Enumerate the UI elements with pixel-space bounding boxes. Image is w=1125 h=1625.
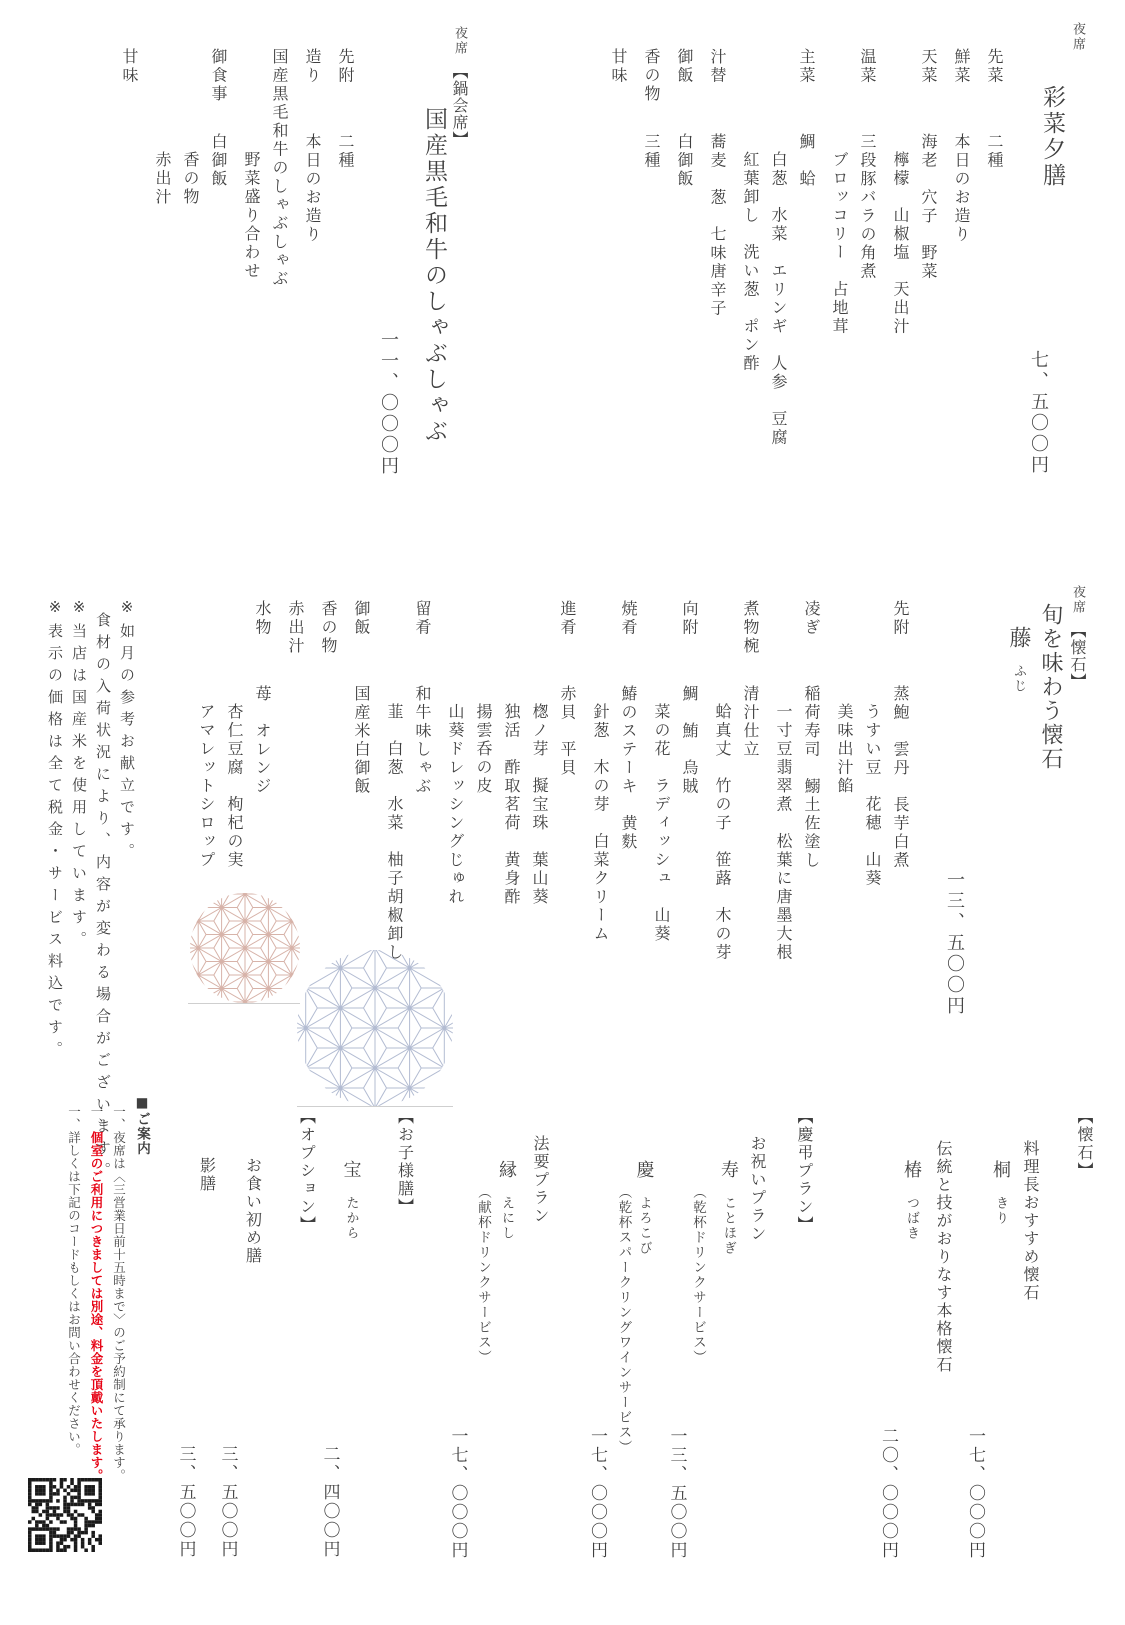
name-kana: ふじ [1012,664,1025,694]
course-items: 本日のお造り [952,133,971,244]
course-items: 野菜盛り合わせ [242,151,261,281]
course-items: 和牛味しゃぶ [413,685,432,796]
plan-name: 椿つばき [902,1108,920,1568]
name-kanji: 桐 [990,1160,1011,1180]
keicho-plans-header: 【慶弔プラン】 [796,1108,812,1568]
options-header: 【オプション】 [299,1108,315,1568]
menu-line: 独活 酢取茗荷 黄身酢 [503,600,519,1070]
course-label: 温菜 [859,48,875,133]
plan-price: 一七、〇〇〇円 [588,1108,605,1568]
menu-line: 向附鯛 鮪 烏賊 [681,600,697,1070]
course-items: 国産黒毛和牛のしゃぶしゃぶ [270,48,289,289]
kaiseki-plans-header: 【懐石】 [1076,1108,1092,1568]
course-items: 美味出汁餡 [835,703,854,796]
course-items: 海老 穴子 野菜 [919,133,938,281]
menu-line: 菜の花 ラディッシュ 山葵 [653,600,669,1070]
menu-line: 進肴赤貝 平貝 [559,600,575,1070]
course-items: 韮 白葱 水菜 柚子胡椒卸し [385,703,404,962]
name-kanji: 慶 [634,1160,655,1180]
name-kana: きり [994,1196,1007,1226]
note-text: ※如月の参考お献立です。 [118,598,136,865]
menu-price: 一一、〇〇〇円 [379,330,397,500]
guide-text: 夜席は〈三営業日前十五時まで〉のご予約制にて承ります。 [112,1131,127,1482]
guide-text: 詳しくは下記のコードもしくはお問い合わせください。 [67,1131,82,1456]
course-label: 煮物椀 [742,600,758,685]
guide-prefix: 一、 [112,1105,127,1131]
session-text: 夜席 [1070,585,1085,615]
course-items: 二種 [336,133,355,170]
plan-note: （献杯ドリンクサービス） [476,1108,490,1568]
fuji-courses: 先附蒸鮑 雲丹 長芋白煮 うすい豆 花穂 山葵 美味出汁餡 凌ぎ稲荷寿司 鰯土佐… [198,600,908,1070]
course-items: 揚雲呑の皮 [474,703,493,796]
course-items: 三種 [642,133,661,170]
session-label: 夜席【鍋会席】 [451,26,467,456]
plan-price: 一七、〇〇〇円 [966,1108,983,1568]
course-label: 御飯 [353,600,369,685]
plan-note: （乾杯スパークリングワインサービス） [616,1108,630,1568]
menu-line: 山葵ドレッシングじゅれ [447,600,463,1070]
yuzen-courses: 先菜二種 鮮菜本日のお造り 天菜海老 穴子 野菜 檸檬 山椒塩 天出汁 温菜三段… [610,48,1002,478]
menu-line: 針葱 木の芽 白菜クリーム [592,600,608,1070]
menu-line: 主菜鯛 蛤 [798,48,814,478]
course-items: 本日のお造り [303,133,322,244]
fuji-price-block: 一三、五〇〇円 [945,870,963,1040]
course-items: 三段豚バラの角煮 [858,133,877,281]
plan-desc: 料理長おすすめ懐石 [1022,1108,1038,1568]
guide-prefix: 一、 [67,1105,82,1131]
course-items: ブロッコリー 占地茸 [830,151,849,336]
course-items: 白御飯 [209,133,228,189]
menu-line: 天菜海老 穴子 野菜 [920,48,936,478]
plan-price: 二〇、〇〇〇円 [879,1108,896,1568]
plan-group-title: お祝いプラン [749,1108,765,1568]
yuzen-price-block: 七、五〇〇円 [1029,350,1047,510]
name-kanji: 椿 [901,1160,922,1180]
nabe-header: 夜席【鍋会席】 国産黒毛和牛のしゃぶしゃぶ [422,26,467,456]
guide-prefix: 一、 [89,1105,104,1131]
menu-line: 揚雲呑の皮 [475,600,491,1070]
course-items: アマレットシロップ [197,703,216,870]
session-label: 夜席【懐石】 [1069,585,1085,885]
course-label: 甘味 [610,48,626,133]
menu-line: 国産黒毛和牛のしゃぶしゃぶ [271,48,287,478]
fuji-header: 夜席【懐石】 旬を味わう懐石 藤ふじ [1007,585,1085,885]
note-line: ※表示の価格は全て税金・サービス料込です。 [47,598,62,1198]
menu-line: 温菜三段豚バラの角煮 [859,48,875,478]
menu-name: 藤ふじ [1007,585,1029,885]
plan-desc: 伝統と技がおりなす本格懐石 [935,1108,951,1568]
plan-name: 寿ことほぎ [719,1108,737,1568]
name-kana: ことほぎ [722,1196,735,1256]
course-items: 紅葉卸し 洗い葱 ポン酢 [741,151,760,373]
guide-text-red: 個室のご利用につきましては別途、料金を頂戴いたします。 [89,1131,104,1482]
category-label: 【懐石】 [1069,622,1085,690]
plan-name: 宝たから [342,1108,360,1568]
menu-line: 水物苺 オレンジ [254,600,270,1070]
name-kana: たから [345,1196,358,1241]
menu-line: 焼肴鰆のステーキ 黄麩 [620,600,636,1070]
plan-name: 縁えにし [497,1108,515,1568]
course-label: 御食事 [210,48,226,133]
course-label: 汁替 [709,48,725,133]
menu-line: 美味出汁餡 [836,600,852,1070]
option-name: 影膳 [199,1108,215,1568]
menu-title: 彩菜夕膳 [1040,22,1063,322]
menu-line: 韮 白葱 水菜 柚子胡椒卸し [386,600,402,1070]
menu-line: 造り本日のお造り [304,48,320,478]
menu-line: 先菜二種 [986,48,1002,478]
menu-price: 一三、五〇〇円 [945,870,963,1040]
menu-line: 汁替蕎麦 葱 七味唐辛子 [709,48,725,478]
course-label: 御飯 [676,48,692,133]
menu-title: 旬を味わう懐石 [1039,585,1061,885]
session-label: 夜席 [1069,22,1085,322]
menu-line: 檸檬 山椒塩 天出汁 [892,48,908,478]
course-label: 進肴 [559,600,575,685]
course-items: 二種 [985,133,1004,170]
course-label: 凌ぎ [803,600,819,685]
menu-line: ブロッコリー 占地茸 [831,48,847,478]
menu-line: 香の物 [320,600,336,1070]
menu-line: 一寸豆翡翠煮 松葉に唐墨大根 [775,600,791,1070]
course-label: 水物 [254,600,270,685]
course-items: うすい豆 花穂 山葵 [863,703,882,888]
menu-line: 先附蒸鮑 雲丹 長芋白煮 [892,600,908,1070]
course-items: 鯛 蛤 [797,133,816,189]
nabe-courses: 先附二種 造り本日のお造り 国産黒毛和牛のしゃぶしゃぶ 野菜盛り合わせ 御食事白… [121,48,353,478]
menu-page: 夜席 彩菜夕膳 七、五〇〇円 先菜二種 鮮菜本日のお造り 天菜海老 穴子 野菜 … [0,0,1125,1625]
course-items: 蒸鮑 雲丹 長芋白煮 [891,685,910,870]
menu-line: 甘味 [121,48,137,478]
menu-line: 甘味 [610,48,626,478]
menu-line: 白葱 水菜 エリンギ 人参 豆腐 [770,48,786,478]
plan-name: 慶よろこび [635,1108,653,1568]
menu-title: 国産黒毛和牛のしゃぶしゃぶ [422,26,445,456]
plan-price: 二、四〇〇円 [321,1108,338,1568]
course-label: 先附 [892,600,908,685]
menu-line: 煮物椀清汁仕立 [742,600,758,1070]
course-items: 鰆のステーキ 黄麩 [619,685,638,852]
menu-line: 楤ノ芽 擬宝珠 葉山葵 [531,600,547,1070]
menu-line: 御飯国産米白御飯 [353,600,369,1070]
session-text: 夜席 [452,26,467,56]
course-label: 焼肴 [620,600,636,685]
course-label: 香の物 [643,48,659,133]
menu-price: 七、五〇〇円 [1029,350,1047,510]
course-items: 一寸豆翡翠煮 松葉に唐墨大根 [774,703,793,962]
course-label: 留肴 [414,600,430,685]
option-name: お食い初め膳 [245,1108,261,1568]
option-price: 三、五〇〇円 [219,1108,236,1568]
guide-header: ■ご案内 [135,1093,149,1573]
plan-price: 一七、〇〇〇円 [449,1108,466,1568]
menu-line: 御飯白御飯 [676,48,692,478]
course-label: 主菜 [798,48,814,133]
course-label: 天菜 [920,48,936,133]
course-items: 赤出汁 [153,151,172,207]
course-label: 甘味 [121,48,137,133]
course-label: 先菜 [986,48,1002,133]
course-items: 杏仁豆腐 枸杞の実 [225,703,244,870]
course-items: 蛤真丈 竹の子 笹蕗 木の芽 [713,703,732,962]
menu-line: 鮮菜本日のお造り [953,48,969,478]
yuzen-header: 夜席 彩菜夕膳 [1040,22,1085,322]
course-items: 国産米白御飯 [352,685,371,796]
menu-line: 野菜盛り合わせ [243,48,259,478]
option-price: 三、五〇〇円 [177,1108,194,1568]
plans-section: 【懐石】 料理長おすすめ懐石 桐きり 一七、〇〇〇円 伝統と技がおりなす本格懐石… [177,1108,1093,1568]
course-items: 針葱 木の芽 白菜クリーム [591,703,610,944]
course-items: 白御飯 [675,133,694,189]
course-items: 稲荷寿司 鰯土佐塗し [802,685,821,870]
plan-note: （乾杯ドリンクサービス） [691,1108,705,1568]
course-items: 檸檬 山椒塩 天出汁 [891,151,910,336]
menu-line: 香の物 [182,48,198,478]
menu-line: 御食事白御飯 [210,48,226,478]
course-label: 造り [304,48,320,133]
name-kanji: 藤 [1006,626,1031,648]
course-items: 独活 酢取茗荷 黄身酢 [502,703,521,907]
menu-line: 留肴和牛味しゃぶ [414,600,430,1070]
menu-line: 紅葉卸し 洗い葱 ポン酢 [742,48,758,478]
plan-name: 桐きり [991,1108,1009,1568]
course-label: 香の物 [320,600,336,685]
plan-price: 一三、五〇〇円 [668,1108,685,1568]
nabe-price-block: 一一、〇〇〇円 [379,330,397,500]
session-text: 夜席 [1070,22,1085,52]
guide-line: 一、夜席は〈三営業日前十五時まで〉のご予約制にて承ります。 [112,1093,125,1573]
kids-plan-header: 【お子様膳】 [397,1108,413,1568]
course-items: 楤ノ芽 擬宝珠 葉山葵 [530,703,549,907]
course-label: 先附 [337,48,353,133]
course-items: 蕎麦 葱 七味唐辛子 [708,133,727,318]
course-label: 向附 [681,600,697,685]
menu-line: 赤出汁 [154,48,170,478]
menu-line: 赤出汁 [287,600,303,1070]
note-text: ※当店は国産米を使用しています。 [70,598,88,953]
course-items: 菜の花 ラディッシュ 山葵 [652,703,671,944]
course-items: 白葱 水菜 エリンギ 人参 豆腐 [769,151,788,447]
pattern-baseline [297,1106,453,1107]
menu-line: アマレットシロップ [198,600,214,1070]
course-items: 香の物 [181,151,200,207]
note-text: ※表示の価格は全て税金・サービス料込です。 [46,598,64,1063]
course-items: 鯛 鮪 烏賊 [680,685,699,796]
name-kana: つばき [905,1196,918,1241]
name-kanji: 宝 [341,1160,362,1180]
name-kana: よろこび [638,1196,651,1256]
course-items: 赤貝 平貝 [558,685,577,778]
course-items: 苺 オレンジ [253,685,272,796]
menu-line: 杏仁豆腐 枸杞の実 [226,600,242,1070]
menu-line: うすい豆 花穂 山葵 [864,600,880,1070]
course-label: 鮮菜 [953,48,969,133]
qr-code [28,1478,102,1552]
menu-line: 先附二種 [337,48,353,478]
course-items: 山葵ドレッシングじゅれ [446,703,465,907]
menu-line: 凌ぎ稲荷寿司 鰯土佐塗し [803,600,819,1070]
menu-line: 香の物三種 [643,48,659,478]
menu-line: 蛤真丈 竹の子 笹蕗 木の芽 [714,600,730,1070]
name-kanji: 縁 [496,1160,517,1180]
category-label: 【鍋会席】 [451,63,467,148]
course-items: 清汁仕立 [741,685,760,759]
name-kana: えにし [500,1196,513,1241]
name-kanji: 寿 [718,1160,739,1180]
plan-group-title: 法要プラン [532,1108,548,1568]
course-label: 赤出汁 [287,600,303,685]
